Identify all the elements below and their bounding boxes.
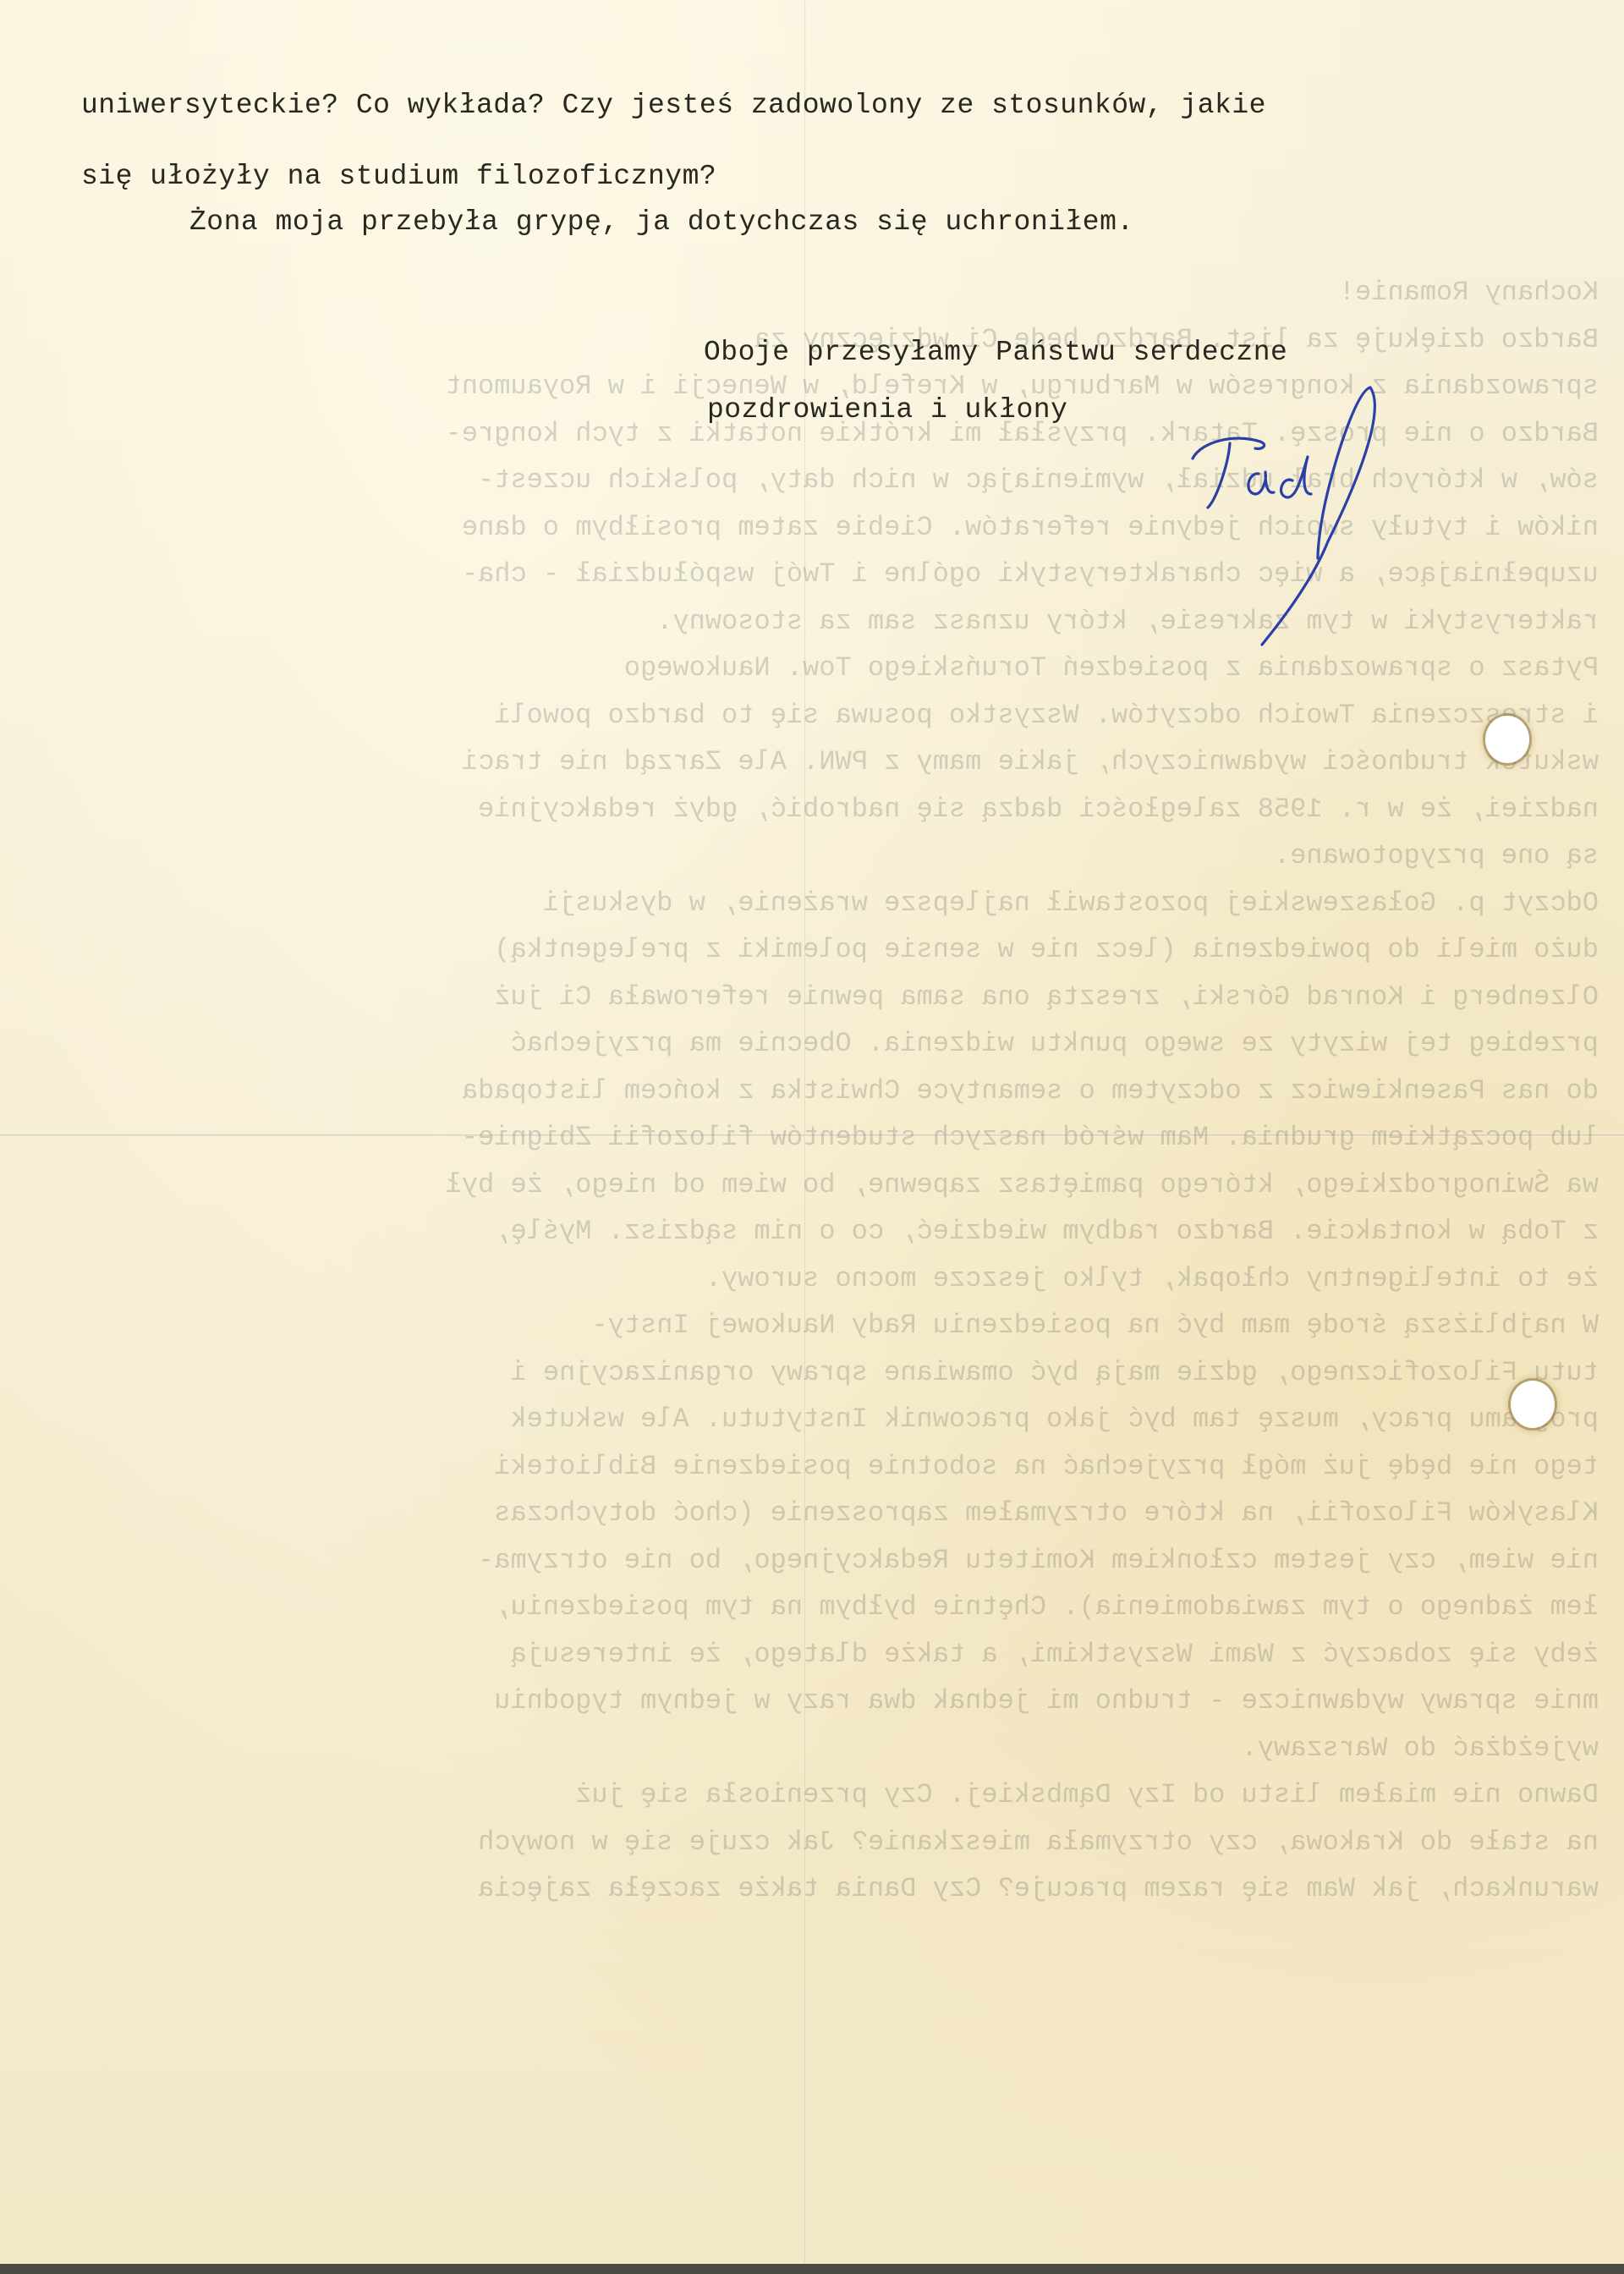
show-through-line: Pytasz o sprawozdania z posiedzeń Toruńs… bbox=[34, 655, 1599, 682]
closing-line-2: pozdrowienia i ukłony bbox=[707, 396, 1067, 424]
page-bottom-edge bbox=[0, 2264, 1624, 2274]
show-through-line: przebieg tej wizyty ze swego punktu widz… bbox=[34, 1030, 1599, 1057]
show-through-line: łem żadnego o tym zawiadomienia). Chętni… bbox=[34, 1594, 1599, 1621]
show-through-line: nadziei, że w r. 1958 zaległości dadzą s… bbox=[34, 796, 1599, 823]
show-through-line: że to inteligentny chłopak, tylko jeszcz… bbox=[34, 1266, 1599, 1293]
show-through-line: Odczyt p. Gołaszewskiej pozostawił najle… bbox=[34, 890, 1599, 917]
show-through-line: warunkach, jak Wam się razem pracuje? Cz… bbox=[34, 1876, 1599, 1903]
show-through-line: są one przygotowane. bbox=[34, 843, 1599, 870]
body-line-1: uniwersyteckie? Co wykłada? Czy jesteś z… bbox=[81, 91, 1266, 119]
show-through-line: tutu Filozoficznego, gdzie mają być omaw… bbox=[34, 1359, 1599, 1387]
show-through-line: mnie sprawy wydawnicze - trudno mi jedna… bbox=[34, 1688, 1599, 1715]
show-through-line: wyjeżdżać do Warszawy. bbox=[34, 1735, 1599, 1762]
show-through-line: dużo mieli do powiedzenia (lecz nie w se… bbox=[34, 937, 1599, 964]
show-through-line: lub początkiem grudnia. Mam wśród naszyc… bbox=[34, 1124, 1599, 1151]
show-through-line: i streszczenia Twoich odczytów. Wszystko… bbox=[34, 702, 1599, 729]
show-through-line: wa Świnogrodzkiego, którego pamiętasz za… bbox=[34, 1172, 1599, 1199]
show-through-line: Dawno nie miałem listu od Izy Dąmbskiej.… bbox=[34, 1782, 1599, 1809]
show-through-line: Kochany Romanie! bbox=[34, 279, 1599, 306]
show-through-line: do nas Pasenkiewicz z odczytem o semanty… bbox=[34, 1078, 1599, 1105]
show-through-line: Olzenberg i Konrad Górski, zresztą ona s… bbox=[34, 984, 1599, 1011]
handwritten-signature bbox=[1167, 381, 1387, 651]
show-through-line: z Tobą w kontakcie. Bardzo radbym wiedzi… bbox=[34, 1218, 1599, 1245]
show-through-line: nie wiem, czy jestem członkiem Komitetu … bbox=[34, 1547, 1599, 1574]
closing-line-1: Oboje przesyłamy Państwu serdeczne bbox=[704, 338, 1287, 366]
show-through-line: wskutek trudności wydawniczych, jakie ma… bbox=[34, 749, 1599, 776]
punch-hole-top bbox=[1485, 716, 1529, 763]
punch-hole-bottom bbox=[1511, 1381, 1555, 1428]
body-line-2: się ułożyły na studium filozoficznym? bbox=[81, 162, 716, 190]
show-through-line: W najbliższą środę mam być na posiedzeni… bbox=[34, 1312, 1599, 1339]
show-through-line: programu pracy, muszę tam być jako praco… bbox=[34, 1406, 1599, 1433]
show-through-line: Klasyków Filozofii, na które otrzymałem … bbox=[34, 1500, 1599, 1527]
show-through-line: żeby się zobaczyć z Wami Wszystkimi, a t… bbox=[34, 1641, 1599, 1668]
show-through-line: tego nie będę już mógł przyjechać na sob… bbox=[34, 1453, 1599, 1480]
body-line-3: Żona moja przebyła grypę, ja dotychczas … bbox=[189, 208, 1134, 236]
letter-page: Kochany Romanie!Bardzo dziękuję za list.… bbox=[0, 0, 1624, 2274]
show-through-line: na stałe do Krakowa, czy otrzymała miesz… bbox=[34, 1829, 1599, 1856]
